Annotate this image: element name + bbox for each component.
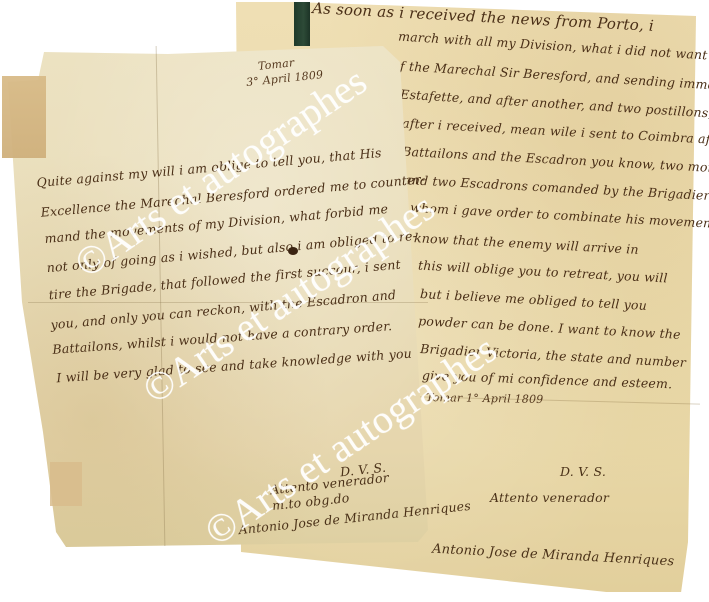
green-binding-strip <box>294 2 310 46</box>
tape-piece-top <box>2 76 46 158</box>
tape-piece-bottom <box>50 462 82 506</box>
ink-blot <box>288 247 298 255</box>
back-letter-closing-line2: Attento venerador <box>490 490 609 505</box>
back-letter-closing: D. V. S. <box>560 464 606 479</box>
letters-photograph: As soon as i received the news from Port… <box>0 0 709 602</box>
